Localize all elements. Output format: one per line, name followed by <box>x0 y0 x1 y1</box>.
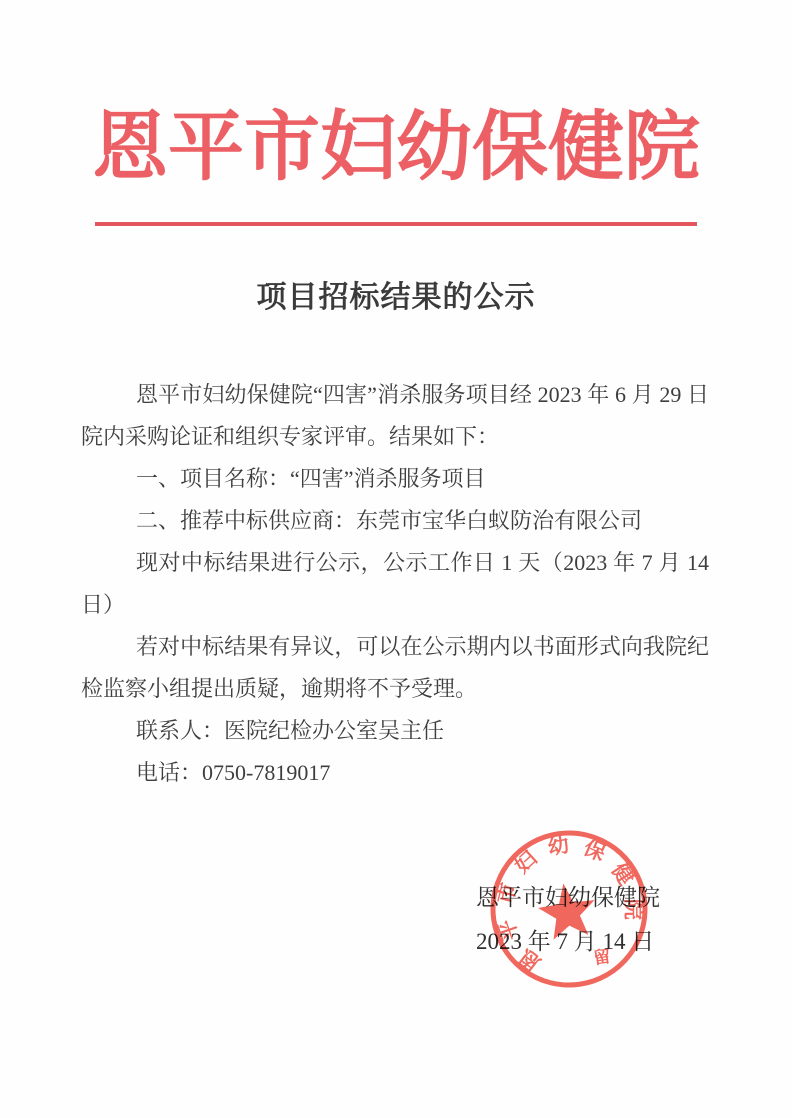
paragraph: 一、项目名称：“四害”消杀服务项目 <box>81 458 709 500</box>
document-page: 恩平市妇幼保健院 项目招标结果的公示 恩平市妇幼保健院“四害”消杀服务项目经 2… <box>0 0 792 1118</box>
paragraph: 电话：0750-7819017 <box>81 752 709 794</box>
paragraph: 恩平市妇幼保健院“四害”消杀服务项目经 2023 年 6 月 29 日院内采购论… <box>81 374 709 458</box>
paragraph: 现对中标结果进行公示，公示工作日 1 天（2023 年 7 月 14 日） <box>81 542 709 626</box>
signature-org: 恩平市妇幼保健院 <box>476 876 660 920</box>
signature-block: 恩平市妇幼保健院 2023 年 7 月 14 日 <box>476 876 660 964</box>
paragraph: 若对中标结果有异议，可以在公示期内以书面形式向我院纪检监察小组提出质疑，逾期将不… <box>81 626 709 710</box>
hospital-header-title: 恩平市妇幼保健院 <box>0 104 792 194</box>
document-title: 项目招标结果的公示 <box>0 278 792 317</box>
paragraph: 二、推荐中标供应商：东莞市宝华白蚁防治有限公司 <box>81 500 709 542</box>
signature-date: 2023 年 7 月 14 日 <box>476 920 660 964</box>
paragraph: 联系人：医院纪检办公室吴主任 <box>81 710 709 752</box>
document-body: 恩平市妇幼保健院“四害”消杀服务项目经 2023 年 6 月 29 日院内采购论… <box>81 374 709 794</box>
header-rule <box>95 222 697 226</box>
